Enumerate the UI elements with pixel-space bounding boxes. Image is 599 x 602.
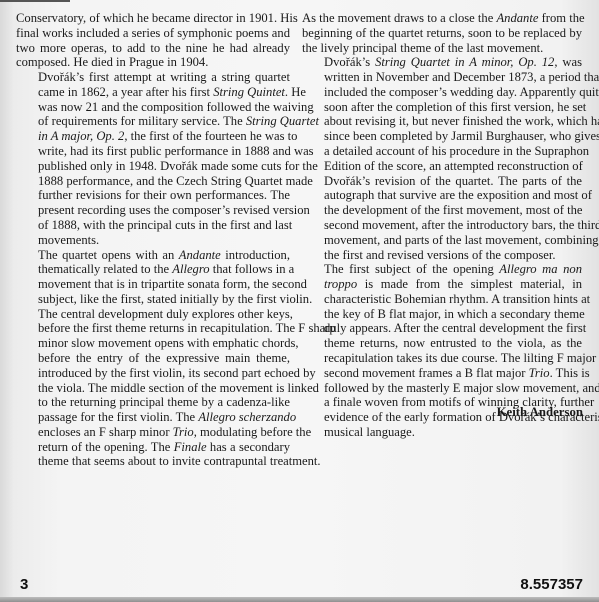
text-line: of 1888, with the principal cuts in the …: [16, 218, 290, 233]
paragraph: Dvořák’s first attempt at writing a stri…: [16, 70, 290, 247]
text-line: Conservatory, of which he became directo…: [16, 11, 290, 26]
text-line: theme that seems about to invite contrap…: [16, 454, 290, 469]
text-line: to the returning principal theme by a ca…: [16, 395, 290, 410]
text-line: The first subject of the opening Allegro…: [302, 262, 582, 277]
page-number: 3: [20, 576, 28, 593]
text-line: characteristic Bohemian rhythm. A transi…: [302, 292, 582, 307]
text-line: final works included a series of symphon…: [16, 26, 290, 41]
left-text-column: Conservatory, of which he became directo…: [16, 11, 290, 469]
text-line: before the entry of the expressive main …: [16, 351, 290, 366]
text-line: minor slow movement opens with emphatic …: [16, 336, 290, 351]
page-bottom-edge: [0, 597, 599, 602]
text-line: two more operas, to add to the nine he h…: [16, 41, 290, 56]
paragraph: The quartet opens with an Andante introd…: [16, 248, 290, 470]
text-line: in A major, Op. 2, the first of the four…: [16, 129, 290, 144]
text-line: before the first theme returns in recapi…: [16, 321, 290, 336]
text-line: introduced by the first violin, its seco…: [16, 366, 290, 381]
paragraph: As the movement draws to a close the And…: [302, 11, 582, 55]
text-line: As the movement draws to a close the And…: [302, 11, 582, 26]
text-line: The central development duly explores ot…: [16, 307, 290, 322]
text-line: second movement, after the introductory …: [302, 218, 582, 233]
text-line: came in 1862, a year after his first Str…: [16, 85, 290, 100]
text-line: written in November and December 1873, a…: [302, 70, 582, 85]
text-line: theme returns, now entrusted to the viol…: [302, 336, 582, 351]
text-line: autograph that survive are the expositio…: [302, 188, 582, 203]
text-line: movements.: [16, 233, 290, 248]
text-line: about revising it, but never finished th…: [302, 114, 582, 129]
text-line: subject, like the first, stated initiall…: [16, 292, 290, 307]
text-line: movement, and parts of the last movement…: [302, 233, 582, 248]
text-line: thematically related to the Allegro that…: [16, 262, 290, 277]
text-line: since been completed by Jarmil Burghause…: [302, 129, 582, 144]
text-line: encloses an F sharp minor Trio, modulati…: [16, 425, 290, 440]
text-line: soon after the completion of this first …: [302, 100, 582, 115]
text-line: composed. He died in Prague in 1904.: [16, 55, 290, 70]
text-line: write, had its first public performance …: [16, 144, 290, 159]
text-line: Dvořák’s String Quartet in A minor, Op. …: [302, 55, 582, 70]
text-line: published only in 1948. Dvořák made some…: [16, 159, 290, 174]
text-line: Dvořák’s revision of the quartet. The pa…: [302, 174, 582, 189]
text-line: a detailed account of his procedure in t…: [302, 144, 582, 159]
text-line: followed by the masterly E major slow mo…: [302, 381, 582, 396]
text-line: included the composer’s wedding day. App…: [302, 85, 582, 100]
text-line: second movement frames a B flat major Tr…: [302, 366, 582, 381]
text-line: troppo is made from the simplest materia…: [302, 277, 582, 292]
catalog-number: 8.557357: [520, 576, 583, 593]
text-line: passage for the first violin. The Allegr…: [16, 410, 290, 425]
text-line: Dvořák’s first attempt at writing a stri…: [16, 70, 290, 85]
author-signature: Keith Anderson: [497, 405, 583, 420]
text-line: of requirements for military service. Th…: [16, 114, 290, 129]
text-line: the development of the first movement, m…: [302, 203, 582, 218]
text-line: recapitulation takes its due course. The…: [302, 351, 582, 366]
text-line: was now 21 and the composition followed …: [16, 100, 290, 115]
right-text-column: As the movement draws to a close the And…: [302, 11, 582, 440]
paragraph: Conservatory, of which he became directo…: [16, 11, 290, 70]
text-line: the lively principal theme of the last m…: [302, 41, 582, 56]
page-top-edge: [0, 0, 70, 2]
text-line: musical language.: [302, 425, 582, 440]
text-line: movement that is in tripartite sonata fo…: [16, 277, 290, 292]
text-line: 1888 performance, and the Czech String Q…: [16, 174, 290, 189]
text-line: present recording uses the composer’s re…: [16, 203, 290, 218]
text-line: further revisions for their own performa…: [16, 188, 290, 203]
text-line: return of the opening. The Finale has a …: [16, 440, 290, 455]
paragraph: Dvořák’s String Quartet in A minor, Op. …: [302, 55, 582, 262]
text-line: The quartet opens with an Andante introd…: [16, 248, 290, 263]
text-line: the viola. The middle section of the mov…: [16, 381, 290, 396]
text-line: duly appears. After the central developm…: [302, 321, 582, 336]
text-line: Edition of the score, an attempted recon…: [302, 159, 582, 174]
text-line: beginning of the quartet returns, soon t…: [302, 26, 582, 41]
text-line: the first and revised versions of the co…: [302, 248, 582, 263]
text-line: the key of B flat major, in which a seco…: [302, 307, 582, 322]
